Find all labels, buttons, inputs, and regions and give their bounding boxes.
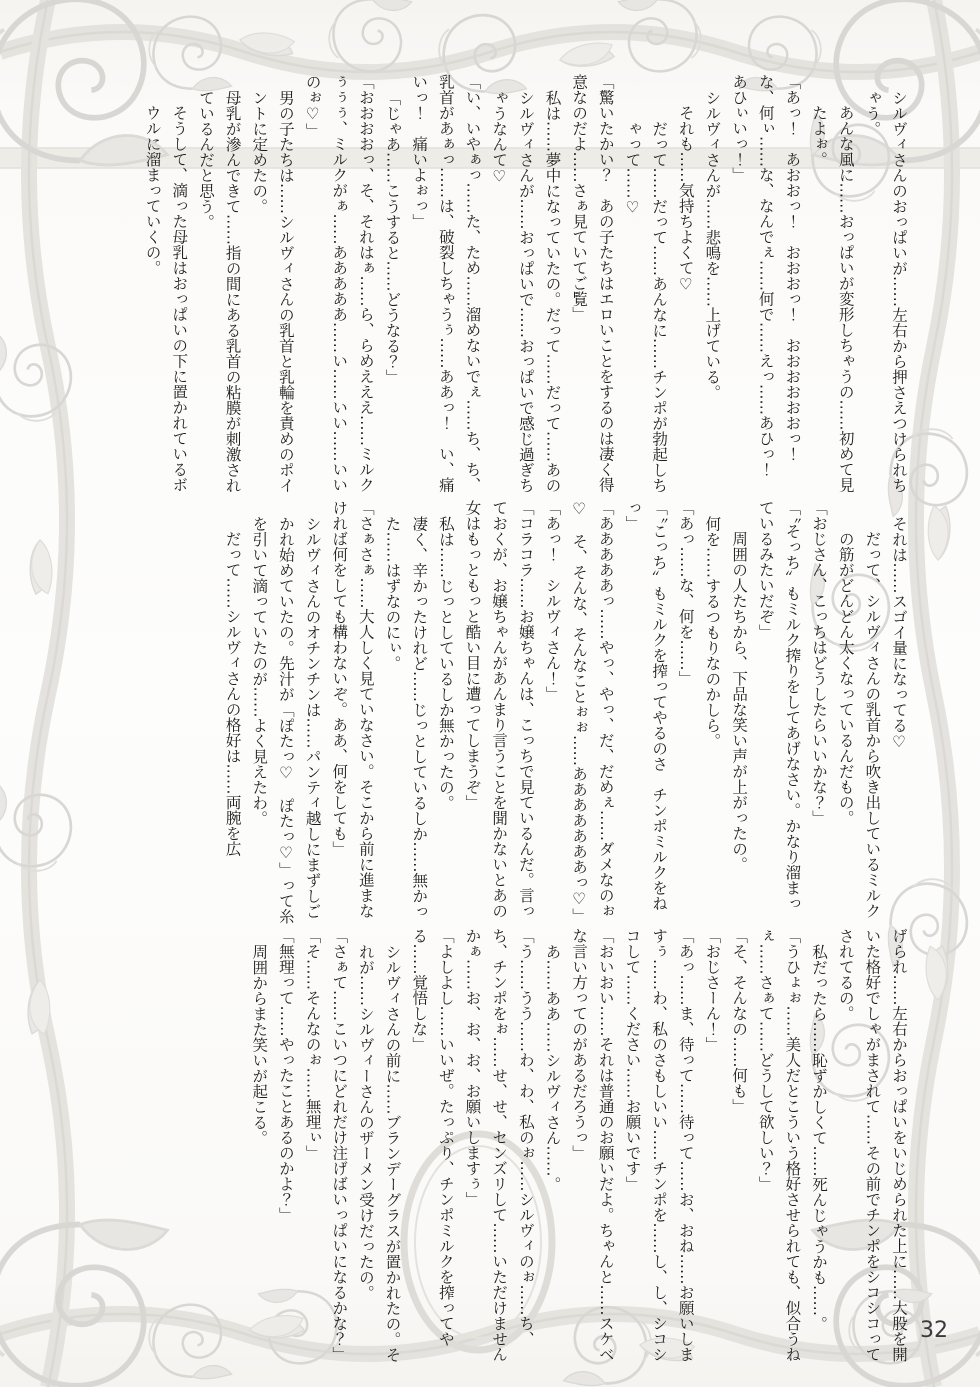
- text-paragraph: シルヴィさんのオチンチンは……パンティ越しにまずしごかれ始めていたの。先汁が「ぽ…: [246, 500, 326, 924]
- text-paragraph: それも……気持ちよくて♡: [672, 74, 699, 498]
- text-paragraph: 「〝こっち〟もミルクを搾ってやるのさ チンポミルクをねっ」: [619, 500, 672, 924]
- text-paragraph: 「あっ……な、何を……」: [672, 500, 699, 924]
- text-paragraph: げられ……左右からおっぱいをいじめられた上に……大股を開いた格好でしゃがまされて…: [832, 928, 912, 1366]
- text-paragraph: 「う……うう……わ、わ、私のぉ……シルヴィのぉ……ち、ち、チンポをぉ……せ、せ、…: [459, 928, 539, 1366]
- text-paragraph: それは……スゴイ量になってる♡: [885, 500, 912, 924]
- text-band-middle: それは……スゴイ量になってる♡だって、シルヴィさんの乳首から吹き出しているミルク…: [70, 500, 912, 924]
- text-band-bottom: げられ……左右からおっぱいをいじめられた上に……大股を開いた格好でしゃがまされて…: [70, 928, 912, 1366]
- text-paragraph: 周囲の人たちから、下品な笑い声が上がったの。: [725, 500, 752, 924]
- text-paragraph: 「無理って……やったことあるのかよ？」: [272, 928, 299, 1366]
- text-paragraph: シルヴィさんのおっぱいが……左右から押さえつけられちゃう。: [859, 74, 912, 498]
- text-paragraph: 「じゃあ……こうすると……どうなる？」: [379, 74, 406, 498]
- text-band-top: シルヴィさんのおっぱいが……左右から押さえつけられちゃう。あんな風に……おっぱい…: [70, 74, 912, 498]
- text-paragraph: 母乳が滲んできて……指の間にある乳首の粘膜が刺激されているんだと思う。: [192, 74, 245, 498]
- text-paragraph: 男の子たちは……シルヴィさんの乳首と乳輪を責めのポイントに定めたの。: [246, 74, 299, 498]
- text-paragraph: 「あっ！ シルヴィさん！」: [539, 500, 566, 924]
- text-paragraph: だって……だって……あんなに……チンポが勃起しちゃって……♡: [619, 74, 672, 498]
- text-paragraph: シルヴィさんが……悲鳴を……上げている。: [699, 74, 726, 498]
- text-paragraph: 「〝そっち〟もミルク搾りをしてあげなさい。かなり溜まっているみたいだぞ」: [752, 500, 805, 924]
- text-paragraph: だって……シルヴィさんの格好は……両腕を広: [219, 500, 246, 924]
- text-paragraph: 「さぁて……こいつにどれだけ注げばいっぱいになるかな？」: [326, 928, 353, 1366]
- text-paragraph: 何を……するつもりなのかしら。: [699, 500, 726, 924]
- page-number: 32: [920, 1318, 948, 1343]
- text-paragraph: 「そ、そんなの……何も」: [725, 928, 752, 1366]
- text-paragraph: 「おいおい……それは普通のお願いだよ。ちゃんと……スケベな言い方ってのがあるだろ…: [565, 928, 618, 1366]
- text-paragraph: 「そ……そんなのぉ……無理ぃ」: [299, 928, 326, 1366]
- text-paragraph: 「よしよし……いいぜ。たっぷり、チンポミルクを搾ってやる……覚悟しな」: [406, 928, 459, 1366]
- text-paragraph: 「あっ……ま、待って……待って……お、おね……お願いしますぅ……わ、私のさもしい…: [619, 928, 699, 1366]
- text-paragraph: 「あっ！ あおおっ！ おおおっ！ おおおおおおっ！ な、何ぃ……な、なんでぇ………: [725, 74, 805, 498]
- text-paragraph: 私は……夢中になっていたの。だって……だって……あのシルヴィさんが……おっぱいで…: [486, 74, 566, 498]
- text-paragraph: 「おおおおっ、そ、それはぁ……ら、らめえええ……ミルクぅぅぅ、ミルクがぁ……ああ…: [299, 74, 379, 498]
- text-area: シルヴィさんのおっぱいが……左右から押さえつけられちゃう。あんな風に……おっぱい…: [70, 74, 912, 1366]
- text-paragraph: 「あああああっ……やっ、やっ、だ、だめぇ……ダメなのぉ♡ そ、そんな、そんなこと…: [565, 500, 618, 924]
- text-paragraph: だって、シルヴィさんの乳首から吹き出しているミルクの筋がどんどん太くなっているん…: [832, 500, 885, 924]
- text-paragraph: そうして、滴った母乳はおっぱいの下に置かれているボウルに溜まっていくの。: [139, 74, 192, 498]
- text-paragraph: 凄く、辛かったけれど……じっとしているしか……無かった……はずなのにぃ。: [379, 500, 432, 924]
- text-paragraph: あんな風に……おっぱいが変形しちゃうの……初めて見たよぉ。: [805, 74, 858, 498]
- text-paragraph: 周囲からまた笑いが起こる。: [246, 928, 273, 1366]
- text-paragraph: 「うひょぉ……美人だとこういう格好させられても、似合うねぇ……さぁて……どうして…: [752, 928, 805, 1366]
- text-paragraph: あ……ああ……シルヴィさん……。: [539, 928, 566, 1366]
- text-paragraph: 「い、いやぁっ……た、ため……溜めないでぇ……ち、ち、乳首があぁっ……は、破裂し…: [406, 74, 486, 498]
- text-paragraph: 私だったら……恥ずかしくて……死んじゃうかも……。: [805, 928, 832, 1366]
- text-paragraph: 「おじさーん！」: [699, 928, 726, 1366]
- manga-text-page: シルヴィさんのおっぱいが……左右から押さえつけられちゃう。あんな風に……おっぱい…: [0, 0, 980, 1387]
- text-paragraph: 「さぁさぁ……大人しく見ていなさい。そこから前に進まなければ何をしても構わないぞ…: [326, 500, 379, 924]
- text-paragraph: 「驚いたかい？ あの子たちはエロいことをするのは凄く得意なのだよ……さぁ見ていて…: [565, 74, 618, 498]
- text-paragraph: シルヴィさんの前に……ブランデーグラスが置かれたの。それが……シルヴィーさんのザ…: [352, 928, 405, 1366]
- text-paragraph: 私は……じっとしているしか無かったの。: [432, 500, 459, 924]
- text-paragraph: 「おじさん、こっちはどうしたらいいかな？」: [805, 500, 832, 924]
- text-paragraph: 「コラコラ……お嬢ちゃんは、こっちで見ているんだ。言っておくが、お嬢ちゃんがあん…: [459, 500, 539, 924]
